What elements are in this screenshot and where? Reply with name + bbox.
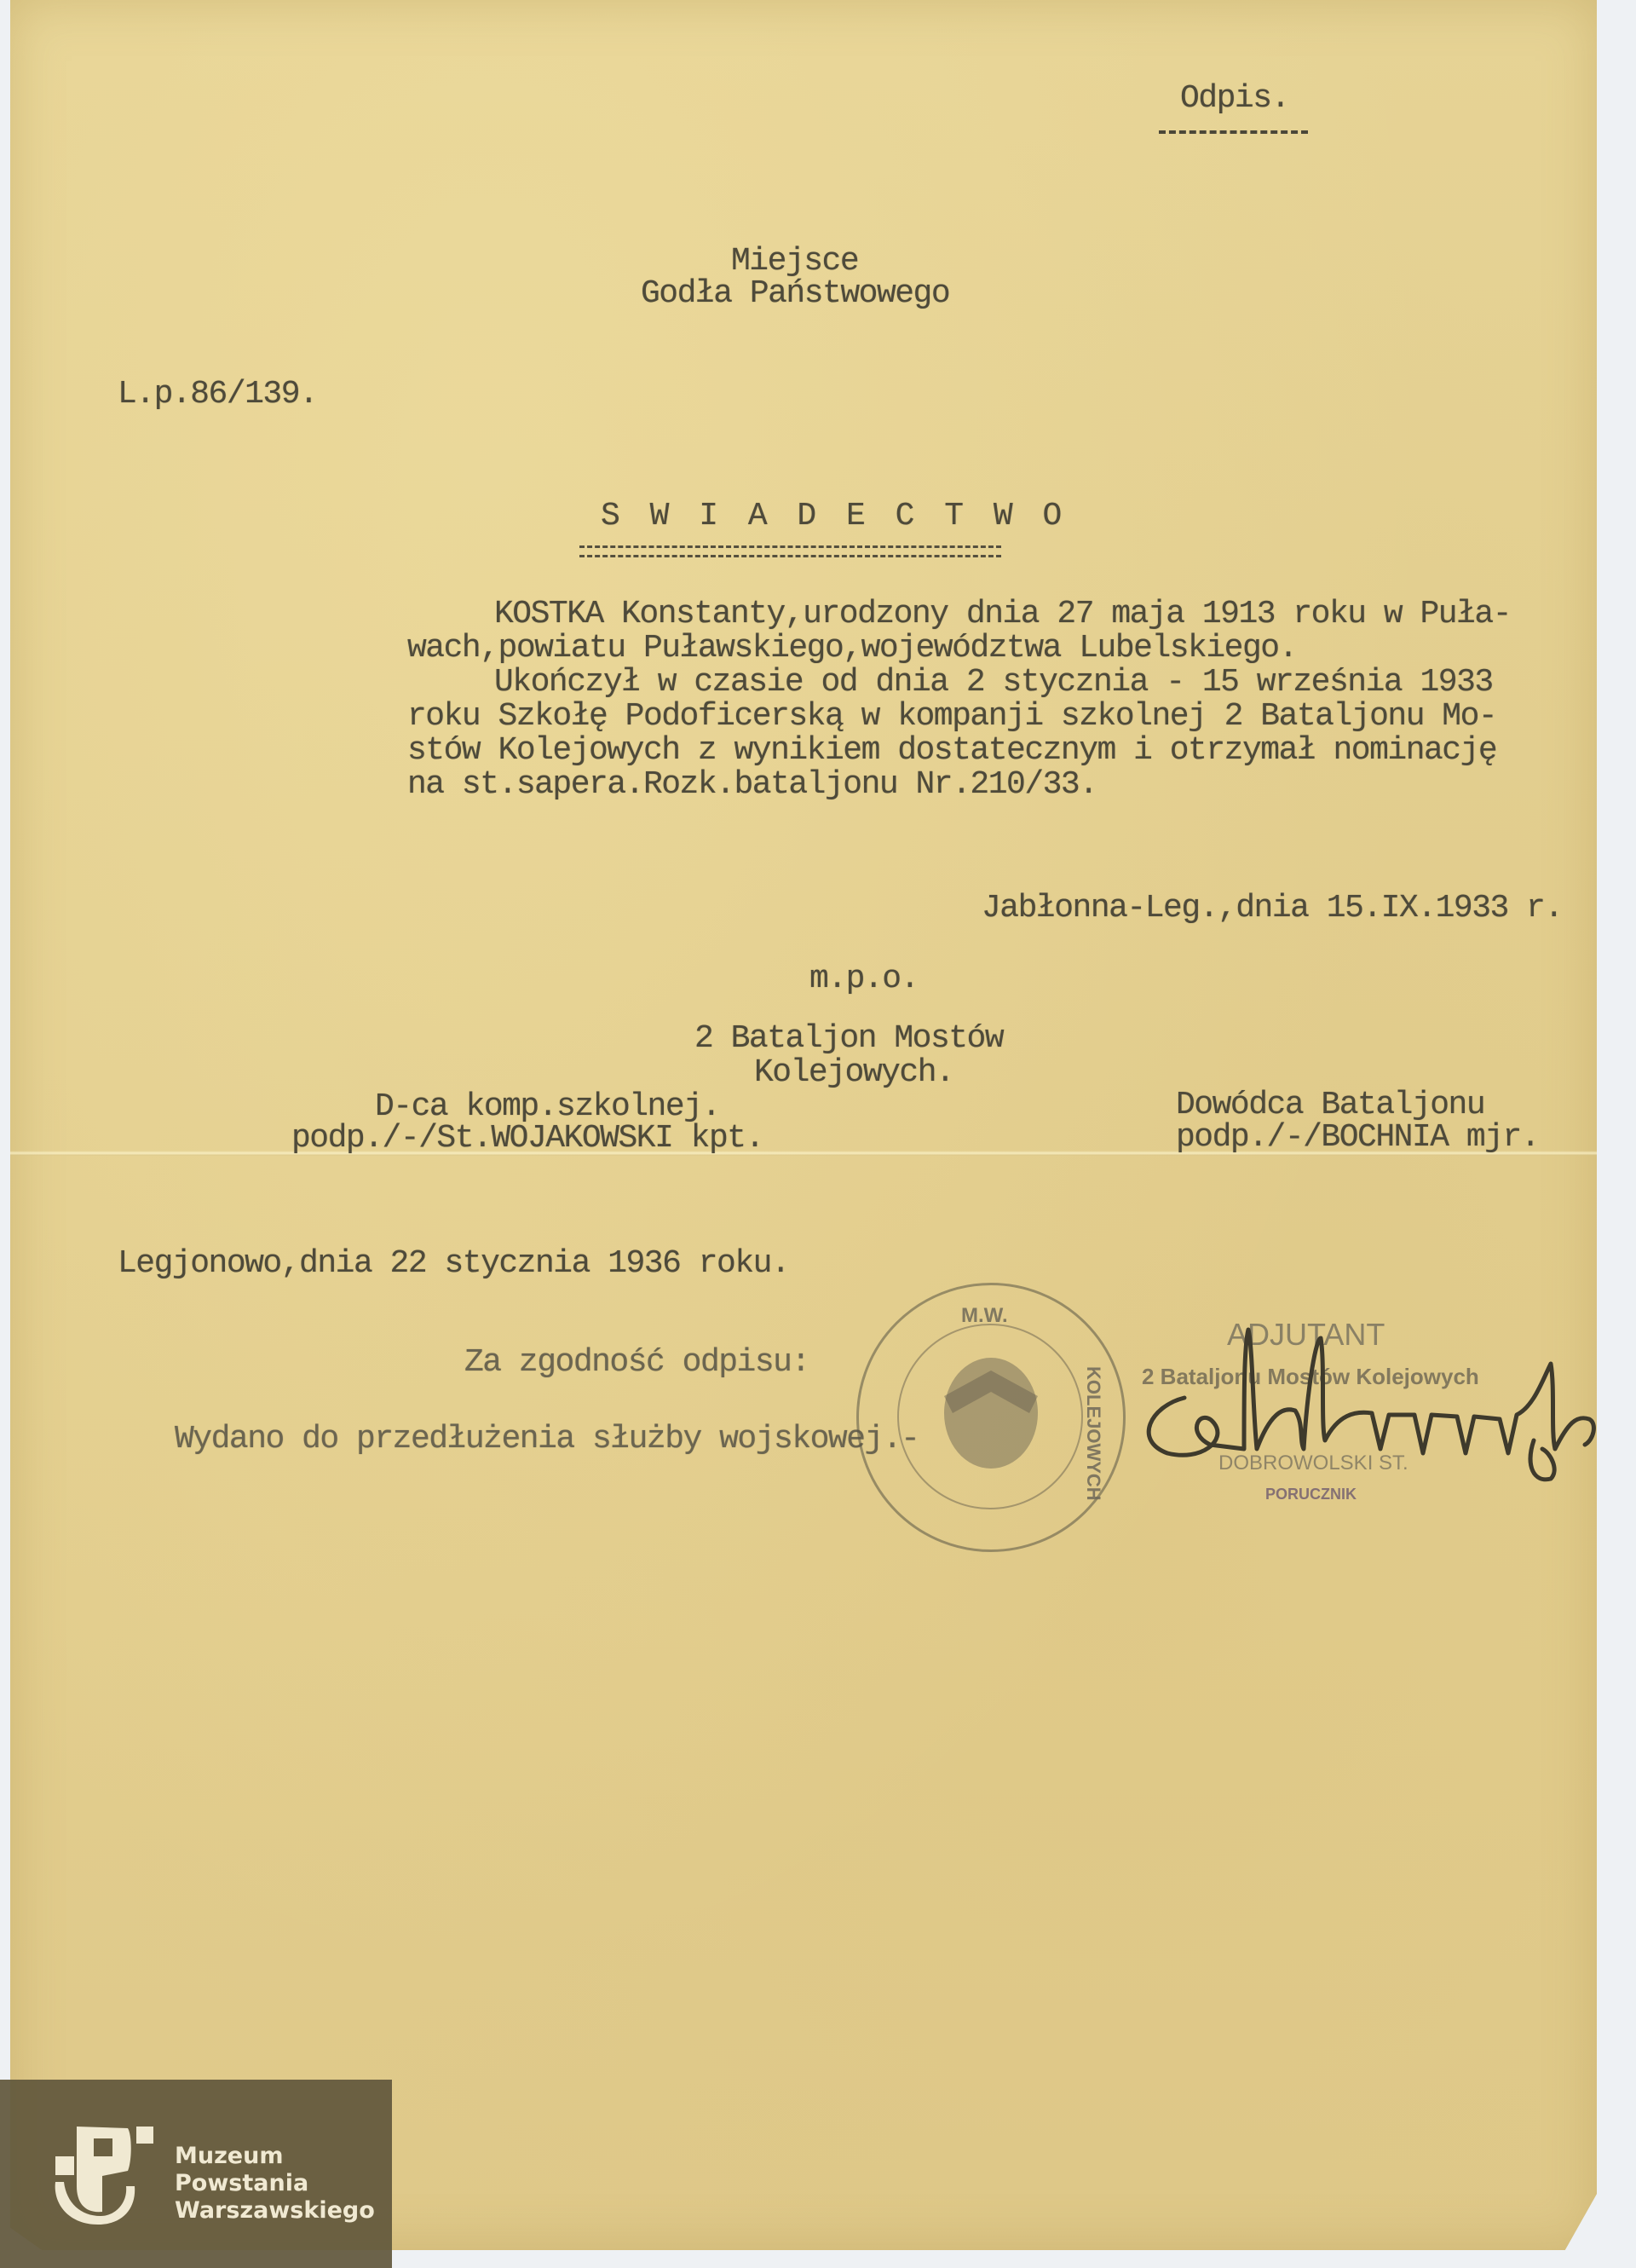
- copy-label-underline: [1159, 130, 1308, 134]
- body-line-5: stów Kolejowych z wynikiem dostatecznym …: [407, 733, 1496, 768]
- title-double-underline: [579, 545, 1001, 557]
- certification-line: Za zgodność odpisu:: [464, 1345, 809, 1380]
- signatory-right-name: podp./-/BOCHNIA mjr.: [1176, 1120, 1539, 1155]
- document-title: S W I A D E C T W O: [601, 499, 1067, 534]
- signatory-left-name: podp./-/St.WOJAKOWSKI kpt.: [291, 1121, 763, 1156]
- emblem-placeholder-line-1: Miejsce: [731, 244, 858, 279]
- body-line-3: Ukończył w czasie od dnia 2 stycznia - 1…: [494, 665, 1493, 700]
- signatory-right-title: Dowódca Bataljonu: [1176, 1088, 1484, 1122]
- unit-name-line-2: Kolejowych.: [754, 1055, 953, 1090]
- body-line-2: wach,powiatu Puławskiego,województwa Lub…: [407, 631, 1297, 666]
- emblem-placeholder-line-2: Godła Państwowego: [641, 276, 949, 311]
- issued-for-line: Wydano do przedłużenia służby wojskowej.…: [175, 1422, 919, 1457]
- reference-number: L.p.86/139.: [118, 377, 317, 412]
- signatory-left-title: D-ca komp.szkolnej.: [375, 1089, 720, 1124]
- copy-label: Odpis.: [1180, 81, 1289, 116]
- copy-place-date: Legjonowo,dnia 22 stycznia 1936 roku.: [118, 1246, 789, 1281]
- round-seal-stamp: M.W. KOLEJOWYCH: [856, 1283, 1126, 1552]
- body-line-1: KOSTKA Konstanty,urodzony dnia 27 maja 1…: [494, 597, 1511, 632]
- body-line-4: roku Szkołę Podoficerską w kompanji szko…: [407, 699, 1496, 734]
- museum-name-line-2: Powstania: [175, 2170, 375, 2197]
- body-line-6: na st.sapera.Rozk.bataljonu Nr.210/33.: [407, 767, 1097, 802]
- unit-name-line-1: 2 Bataljon Mostów: [694, 1021, 1003, 1056]
- museum-name: Muzeum Powstania Warszawskiego: [175, 2143, 375, 2225]
- eagle-emblem-icon: [859, 1285, 1123, 1550]
- name-stamp: DOBROWOLSKI ST.: [1218, 1451, 1408, 1475]
- museum-name-line-1: Muzeum: [175, 2143, 375, 2170]
- kotwica-anchor-logo-icon: [51, 2118, 158, 2229]
- museum-watermark: Muzeum Powstania Warszawskiego: [0, 2080, 392, 2268]
- seal-note: m.p.o.: [809, 961, 919, 996]
- place-date: Jabłonna-Leg.,dnia 15.IX.1933 r.: [982, 891, 1563, 926]
- rank-stamp: PORUCZNIK: [1265, 1486, 1357, 1503]
- museum-name-line-3: Warszawskiego: [175, 2197, 375, 2225]
